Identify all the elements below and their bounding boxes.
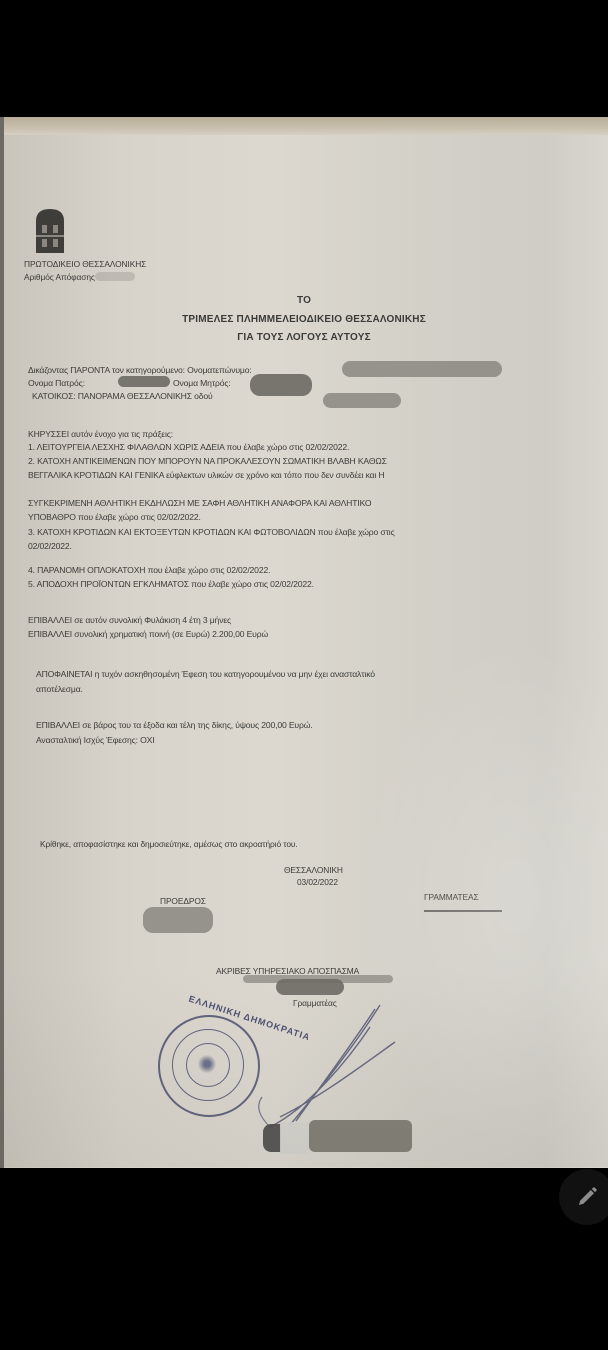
- charge-line: 5. ΑΠΟΔΟΧΗ ΠΡΟΪΟΝΤΩΝ ΕΓΚΛΗΜΑΤΟΣ που έλαβ…: [28, 579, 314, 589]
- redaction: [276, 979, 344, 995]
- residence-line: ΚΑΤΟΙΚΟΣ: ΠΑΝΟΡΑΜΑ ΘΕΣΣΑΛΟΝΙΚΗΣ οδού: [32, 391, 213, 401]
- court-name: ΠΡΩΤΟΔΙΚΕΙΟ ΘΕΣΣΑΛΟΝΙΚΗΣ: [24, 259, 146, 269]
- charge-line: 1. ΛΕΙΤΟΥΡΓΕΙΑ ΛΕΣΧΗΣ ΦΙΛΑΘΛΩΝ ΧΩΡΙΣ ΑΔΕ…: [28, 442, 349, 452]
- date: 03/02/2022: [297, 877, 338, 887]
- redaction: [309, 1120, 412, 1152]
- court-decision-document: ΠΡΩΤΟΔΙΚΕΙΟ ΘΕΣΣΑΛΟΝΙΚΗΣ Αριθμός Απόφαση…: [0, 117, 608, 1168]
- father-name-label: Ονομα Πατρός:: [28, 378, 85, 388]
- redaction: [342, 361, 502, 377]
- charge-line: 4. ΠΑΡΑΝΟΜΗ ΟΠΛΟΚΑΤΟΧΗ που έλαβε χώρο στ…: [28, 565, 270, 575]
- signature-line: [424, 910, 502, 912]
- president-label: ΠΡΟΕΔΡΟΣ: [160, 896, 206, 906]
- redaction: [323, 393, 401, 408]
- redaction: [95, 272, 135, 281]
- greek-emblem-icon: [196, 1053, 218, 1075]
- handwritten-signature: [250, 997, 400, 1137]
- appeal-line: αποτέλεσμα.: [36, 684, 83, 694]
- suspensive-effect-line: Ανασταλτική Ισχύς Έφεσης: ΟΧΙ: [36, 735, 154, 745]
- verdict-intro: ΚΗΡΥΣΣΕΙ αυτόν ένοχο για τις πράξεις:: [28, 429, 173, 439]
- secretary-label: ΓΡΑΜΜΑΤΕΑΣ: [424, 892, 479, 902]
- official-stamp: [158, 1015, 260, 1117]
- image-viewer: ΠΡΩΤΟΔΙΚΕΙΟ ΘΕΣΣΑΛΟΝΙΚΗΣ Αριθμός Απόφαση…: [0, 0, 608, 1350]
- appeal-line: ΑΠΟΦΑΙΝΕΤΑΙ η τυχόν ασκηθησομένη Έφεση τ…: [36, 669, 375, 679]
- defendant-line: Δικάζοντας ΠΑΡΟΝΤΑ τον κατηγορούμενο: Ον…: [28, 365, 252, 375]
- edit-button[interactable]: [559, 1169, 608, 1225]
- title-line-1: ΤΟ: [0, 295, 608, 306]
- sentence-fine: ΕΠΙΒΑΛΛΕΙ συνολική χρηματική ποινή (σε Ε…: [28, 629, 268, 639]
- redaction: [143, 907, 213, 933]
- court-emblem-icon: [30, 205, 70, 255]
- charge-line: ΣΥΓΚΕΚΡΙΜΕΝΗ ΑΘΛΗΤΙΚΗ ΕΚΔΗΛΩΣΗ ΜΕ ΣΑΦΗ Α…: [28, 498, 371, 508]
- redaction: [280, 1122, 310, 1154]
- mother-name-label: Ονομα Μητρός:: [173, 378, 231, 388]
- costs-line: ΕΠΙΒΑΛΛΕΙ σε βάρος του τα έξοδα και τέλη…: [36, 720, 313, 730]
- document-photo: ΠΡΩΤΟΔΙΚΕΙΟ ΘΕΣΣΑΛΟΝΙΚΗΣ Αριθμός Απόφαση…: [0, 117, 608, 1168]
- decision-number-label: Αριθμός Απόφασης: [24, 272, 95, 282]
- charge-line: 2. ΚΑΤΟΧΗ ΑΝΤΙΚΕΙΜΕΝΩΝ ΠΟΥ ΜΠΟΡΟΥΝ ΝΑ ΠΡ…: [28, 456, 387, 466]
- redaction: [263, 1124, 281, 1152]
- title-line-2: ΤΡΙΜΕΛΕΣ ΠΛΗΜΜΕΛΕΙΟΔΙΚΕΙΟ ΘΕΣΣΑΛΟΝΙΚΗΣ: [0, 314, 608, 325]
- charge-line: 3. ΚΑΤΟΧΗ ΚΡΟΤΙΔΩΝ ΚΑΙ ΕΚΤΟΞΕΥΤΩΝ ΚΡΟΤΙΔ…: [28, 527, 395, 537]
- redaction: [118, 376, 170, 387]
- charge-line: ΒΕΓΓΑΛΙΚΑ ΚΡΟΤΙΔΩΝ ΚΑΙ ΓΕΝΙΚΑ εύφλεκτων …: [28, 470, 385, 480]
- sentence-imprisonment: ΕΠΙΒΑΛΛΕΙ σε αυτόν συνολική Φυλάκιση 4 έ…: [28, 615, 231, 625]
- place: ΘΕΣΣΑΛΟΝΙΚΗ: [284, 865, 343, 875]
- charge-line: 02/02/2022.: [28, 541, 72, 551]
- charge-line: ΥΠΟΒΑΘΡΟ που έλαβε χώρο στις 02/02/2022.: [28, 512, 201, 522]
- pencil-icon: [575, 1185, 599, 1209]
- redaction: [250, 374, 312, 396]
- title-line-3: ΓΙΑ ΤΟΥΣ ΛΟΓΟΥΣ ΑΥΤΟΥΣ: [0, 332, 608, 343]
- publication-line: Κρίθηκε, αποφασίστηκε και δημοσιεύτηκε, …: [40, 839, 298, 849]
